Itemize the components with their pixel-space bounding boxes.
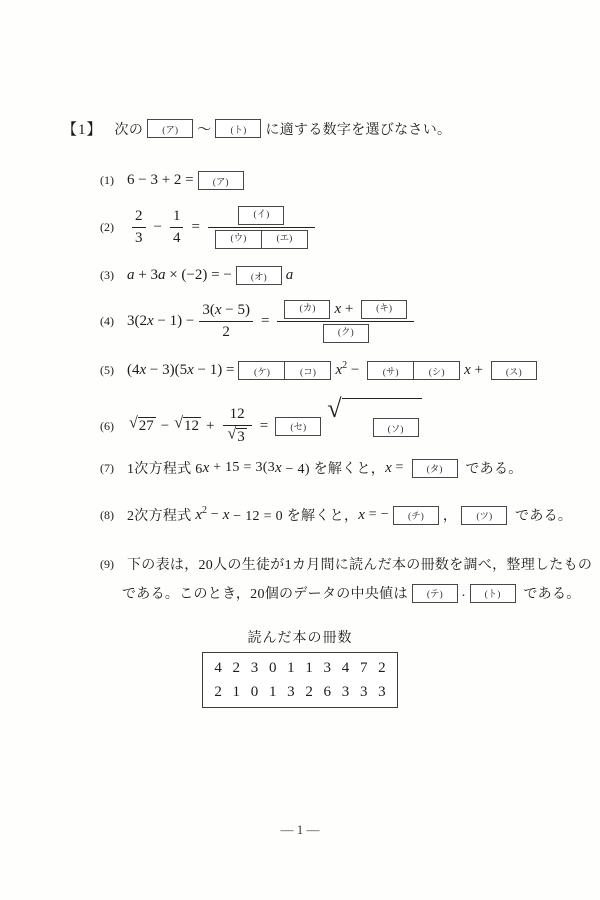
numerator: 1 [170,208,184,225]
answer-box-a: (ア) [198,171,244,190]
variable-a: a [127,267,135,284]
variable-x: x [215,302,222,319]
variable-a: a [286,267,294,284]
answer-box-ki: (キ) [361,300,407,319]
fraction-12-over-sqrt3: 12 √ 3 [223,406,252,445]
plus-operator: + [471,362,487,379]
table-cell: 2 [373,656,391,680]
text-fragment: − 12 = 0 を解くと， [229,505,358,525]
header-text-post: に適する数字を選びなさい。 [265,119,451,139]
sqrt-27: √ 27 [129,417,156,435]
answer-box-o: (オ) [236,266,282,285]
comma: ， [443,505,457,525]
table-cell: 2 [209,680,227,704]
answer-box-su: (ス) [491,361,537,380]
radicand: 12 [183,417,201,435]
table-cell: 1 [282,656,300,680]
header-tilde: ～ [197,119,211,139]
expr-fragment: (4 [127,362,140,379]
answer-box-so: (ソ) [373,418,419,437]
variable-x: x [140,362,147,379]
radicand: 3 [236,428,247,446]
answer-box-chi: (チ) [393,506,439,525]
table-cell: 3 [373,680,391,704]
numerator: 3( x − 5) [199,302,253,319]
text-fragment: である。 [462,458,523,478]
text-fragment: である。 [520,583,581,603]
variable-x: x [335,362,342,379]
problem-1: (1) 6 − 3 + 2 = (ア) [100,171,248,190]
table-title: 読んだ本の冊数 [0,627,600,647]
numerator: 2 [132,208,146,225]
variable-x: x [203,460,210,477]
radical-sign: √ [327,396,341,422]
table-cell: 3 [336,680,354,704]
answer-fraction: (イ) (ウ) (エ) [208,206,315,249]
problem-7: (7) 1次方程式 6 x + 15 = 3(3 x − 4) を解くと， x … [100,458,523,478]
problem-8-number: (8) [100,508,114,523]
variable-x: x [275,460,282,477]
variable-x: x [187,362,194,379]
problem-4: (4) 3(2 x − 1) − 3( x − 5) 2 = (カ) x + (… [100,300,419,343]
expr-fragment: − 1) − [154,313,195,330]
problem-8: (8) 2次方程式 x 2 − x − 12 = 0 を解くと， x = − (… [100,505,572,525]
sqrt-3: √ 3 [228,428,247,446]
text-fragment: 1次方程式 6 [127,458,203,478]
text-line1: 下の表は，20人の生徒が1カ月間に読んだ本の冊数を調べ，整理したもの [127,554,592,574]
text-fragment: である。 [511,505,572,525]
equals-minus: = − [365,507,389,523]
expr-fragment: × (−2) = − [165,267,231,284]
problem-3: (3) a + 3 a × (−2) = − (オ) a [100,266,293,285]
table-cell: 3 [282,680,300,704]
answer-box-tsu: (ツ) [461,506,507,525]
answer-box-to-ref: (ト) [215,119,261,138]
variable-x: x [334,301,341,318]
decimal-point: . [462,585,466,601]
exam-page: 【1】 次の (ア) ～ (ト) に適する数字を選びなさい。 (1) 6 − 3… [0,0,600,900]
equals-sign: = [260,418,268,435]
numerator: 12 [227,406,248,423]
table-cell: 7 [355,656,373,680]
answer-box-pair-sa-shi: (サ) (シ) [367,361,460,380]
table-cell: 6 [318,680,336,704]
problem-7-number: (7) [100,461,114,476]
table-cell: 4 [209,656,227,680]
problem-1-number: (1) [100,173,114,188]
problem-6-number: (6) [100,419,114,434]
radicand: 27 [138,417,156,435]
problem-5-number: (5) [100,363,114,378]
minus-operator: − [161,418,169,435]
variable-x: x [223,507,230,524]
denominator: (ウ) (エ) [208,230,315,249]
fraction-bar [208,227,315,228]
equals-sign: = [392,460,408,476]
table-cell: 3 [318,656,336,680]
denominator: 4 [170,230,184,247]
plus-operator: + [341,301,357,318]
exponent-2: 2 [342,360,347,371]
problem-2: (2) 2 3 − 1 4 = (イ) (ウ) (エ) [100,206,320,249]
sqrt-answer: √ (ソ) [327,398,421,454]
problem-9-line1: (9) 下の表は，20人の生徒が1カ月間に読んだ本の冊数を調べ，整理したもの [100,554,592,574]
numerator: (カ) x + (キ) [277,300,414,319]
answer-box-te: (テ) [412,584,458,603]
variable-x: x [358,507,365,524]
header-text-pre: 次の [115,119,144,139]
sqrt-12: √ 12 [174,417,201,435]
fraction-3x-minus-5-over-2: 3( x − 5) 2 [199,302,253,341]
table-cell: 4 [336,656,354,680]
answer-box-i: (イ) [238,206,284,225]
problem-3-number: (3) [100,268,114,283]
problem-9-number: (9) [100,557,114,572]
answer-box-ku: (ク) [323,324,369,343]
radical-sign: √ [174,416,183,432]
answer-box-se: (セ) [275,417,321,436]
section-number: 【1】 [62,118,103,139]
denominator: 2 [219,324,233,341]
problem-4-number: (4) [100,314,114,329]
text-line2: である。このとき，20個のデータの中央値は [122,583,408,603]
fraction-bar [277,321,414,322]
answer-box-a-ref: (ア) [147,119,193,138]
problem-6: (6) √ 27 − √ 12 + 12 √ 3 = (セ) √ (ソ) [100,398,424,454]
answer-box-to: (ト) [470,584,516,603]
fraction-bar [170,227,184,228]
table-cell: 0 [264,656,282,680]
fraction-bar [132,227,146,228]
table-cell: 2 [300,680,318,704]
text-fragment: − 4) を解くと， [282,458,385,478]
problem-2-number: (2) [100,220,114,235]
table-cell: 1 [264,680,282,704]
answer-box-ka: (カ) [284,300,330,319]
section-header: 【1】 次の (ア) ～ (ト) に適する数字を選びなさい。 [62,118,451,139]
table-row: 4 2 3 0 1 1 3 4 7 2 [209,656,391,680]
expr-fragment: − 3)(5 [146,362,187,379]
minus-operator: − [154,219,162,236]
problem-1-expression: 6 − 3 + 2 = [127,172,194,189]
table-cell: 0 [245,680,263,704]
table-cell: 1 [300,656,318,680]
expr-fragment: − 1) = [194,362,235,379]
answer-box-e: (エ) [261,231,307,248]
variable-x: x [464,362,471,379]
variable-x: x [385,460,392,477]
equals-sign: = [191,219,199,236]
minus-operator: − [207,507,223,523]
exponent-2: 2 [202,505,207,516]
problem-9-line2: である。このとき，20個のデータの中央値は (テ) . (ト) である。 [122,583,581,603]
text-fragment: 2次方程式 [127,505,195,525]
text-fragment: + 15 = 3(3 [209,460,275,476]
problem-5: (5) (4 x − 3)(5 x − 1) = (ケ) (コ) x 2 − (… [100,361,541,380]
plus-operator: + [206,418,214,435]
expr-fragment: 3(2 [127,313,147,330]
fraction-two-thirds: 2 3 [132,208,146,247]
radicand: (ソ) [342,398,422,454]
answer-fraction: (カ) x + (キ) (ク) [277,300,414,343]
denominator: 3 [132,230,146,247]
denominator: √ 3 [223,428,252,446]
answer-box-sa: (サ) [368,362,413,379]
table-cell: 3 [355,680,373,704]
table-cell: 2 [227,656,245,680]
variable-x: x [195,507,202,524]
fraction-one-fourth: 1 4 [170,208,184,247]
expr-fragment: − 5) [222,302,250,319]
answer-box-shi: (シ) [413,362,459,379]
answer-box-ke: (ケ) [239,362,284,379]
radical-sign: √ [228,427,237,443]
page-number: — 1 — [0,822,600,838]
equals-sign: = [261,313,269,330]
answer-box-u: (ウ) [216,231,261,248]
expr-fragment: + 3 [135,267,158,284]
table-cell: 1 [227,680,245,704]
denominator: (ク) [316,324,376,343]
expr-fragment: 3( [202,302,215,319]
table-cell: 3 [245,656,263,680]
answer-box-pair-ke-ko: (ケ) (コ) [238,361,331,380]
answer-box-ta: (タ) [412,459,458,478]
numerator: (イ) [231,206,291,225]
table-row: 2 1 0 1 3 2 6 3 3 3 [209,680,391,704]
fraction-bar [199,321,253,322]
variable-a: a [158,267,166,284]
variable-x: x [147,313,154,330]
minus-operator: − [347,362,363,379]
answer-box-pair: (ウ) (エ) [215,230,308,249]
answer-box-ko: (コ) [284,362,330,379]
books-read-table: 4 2 3 0 1 1 3 4 7 2 2 1 0 1 3 2 6 3 3 3 [202,652,398,708]
radical-sign: √ [129,416,138,432]
